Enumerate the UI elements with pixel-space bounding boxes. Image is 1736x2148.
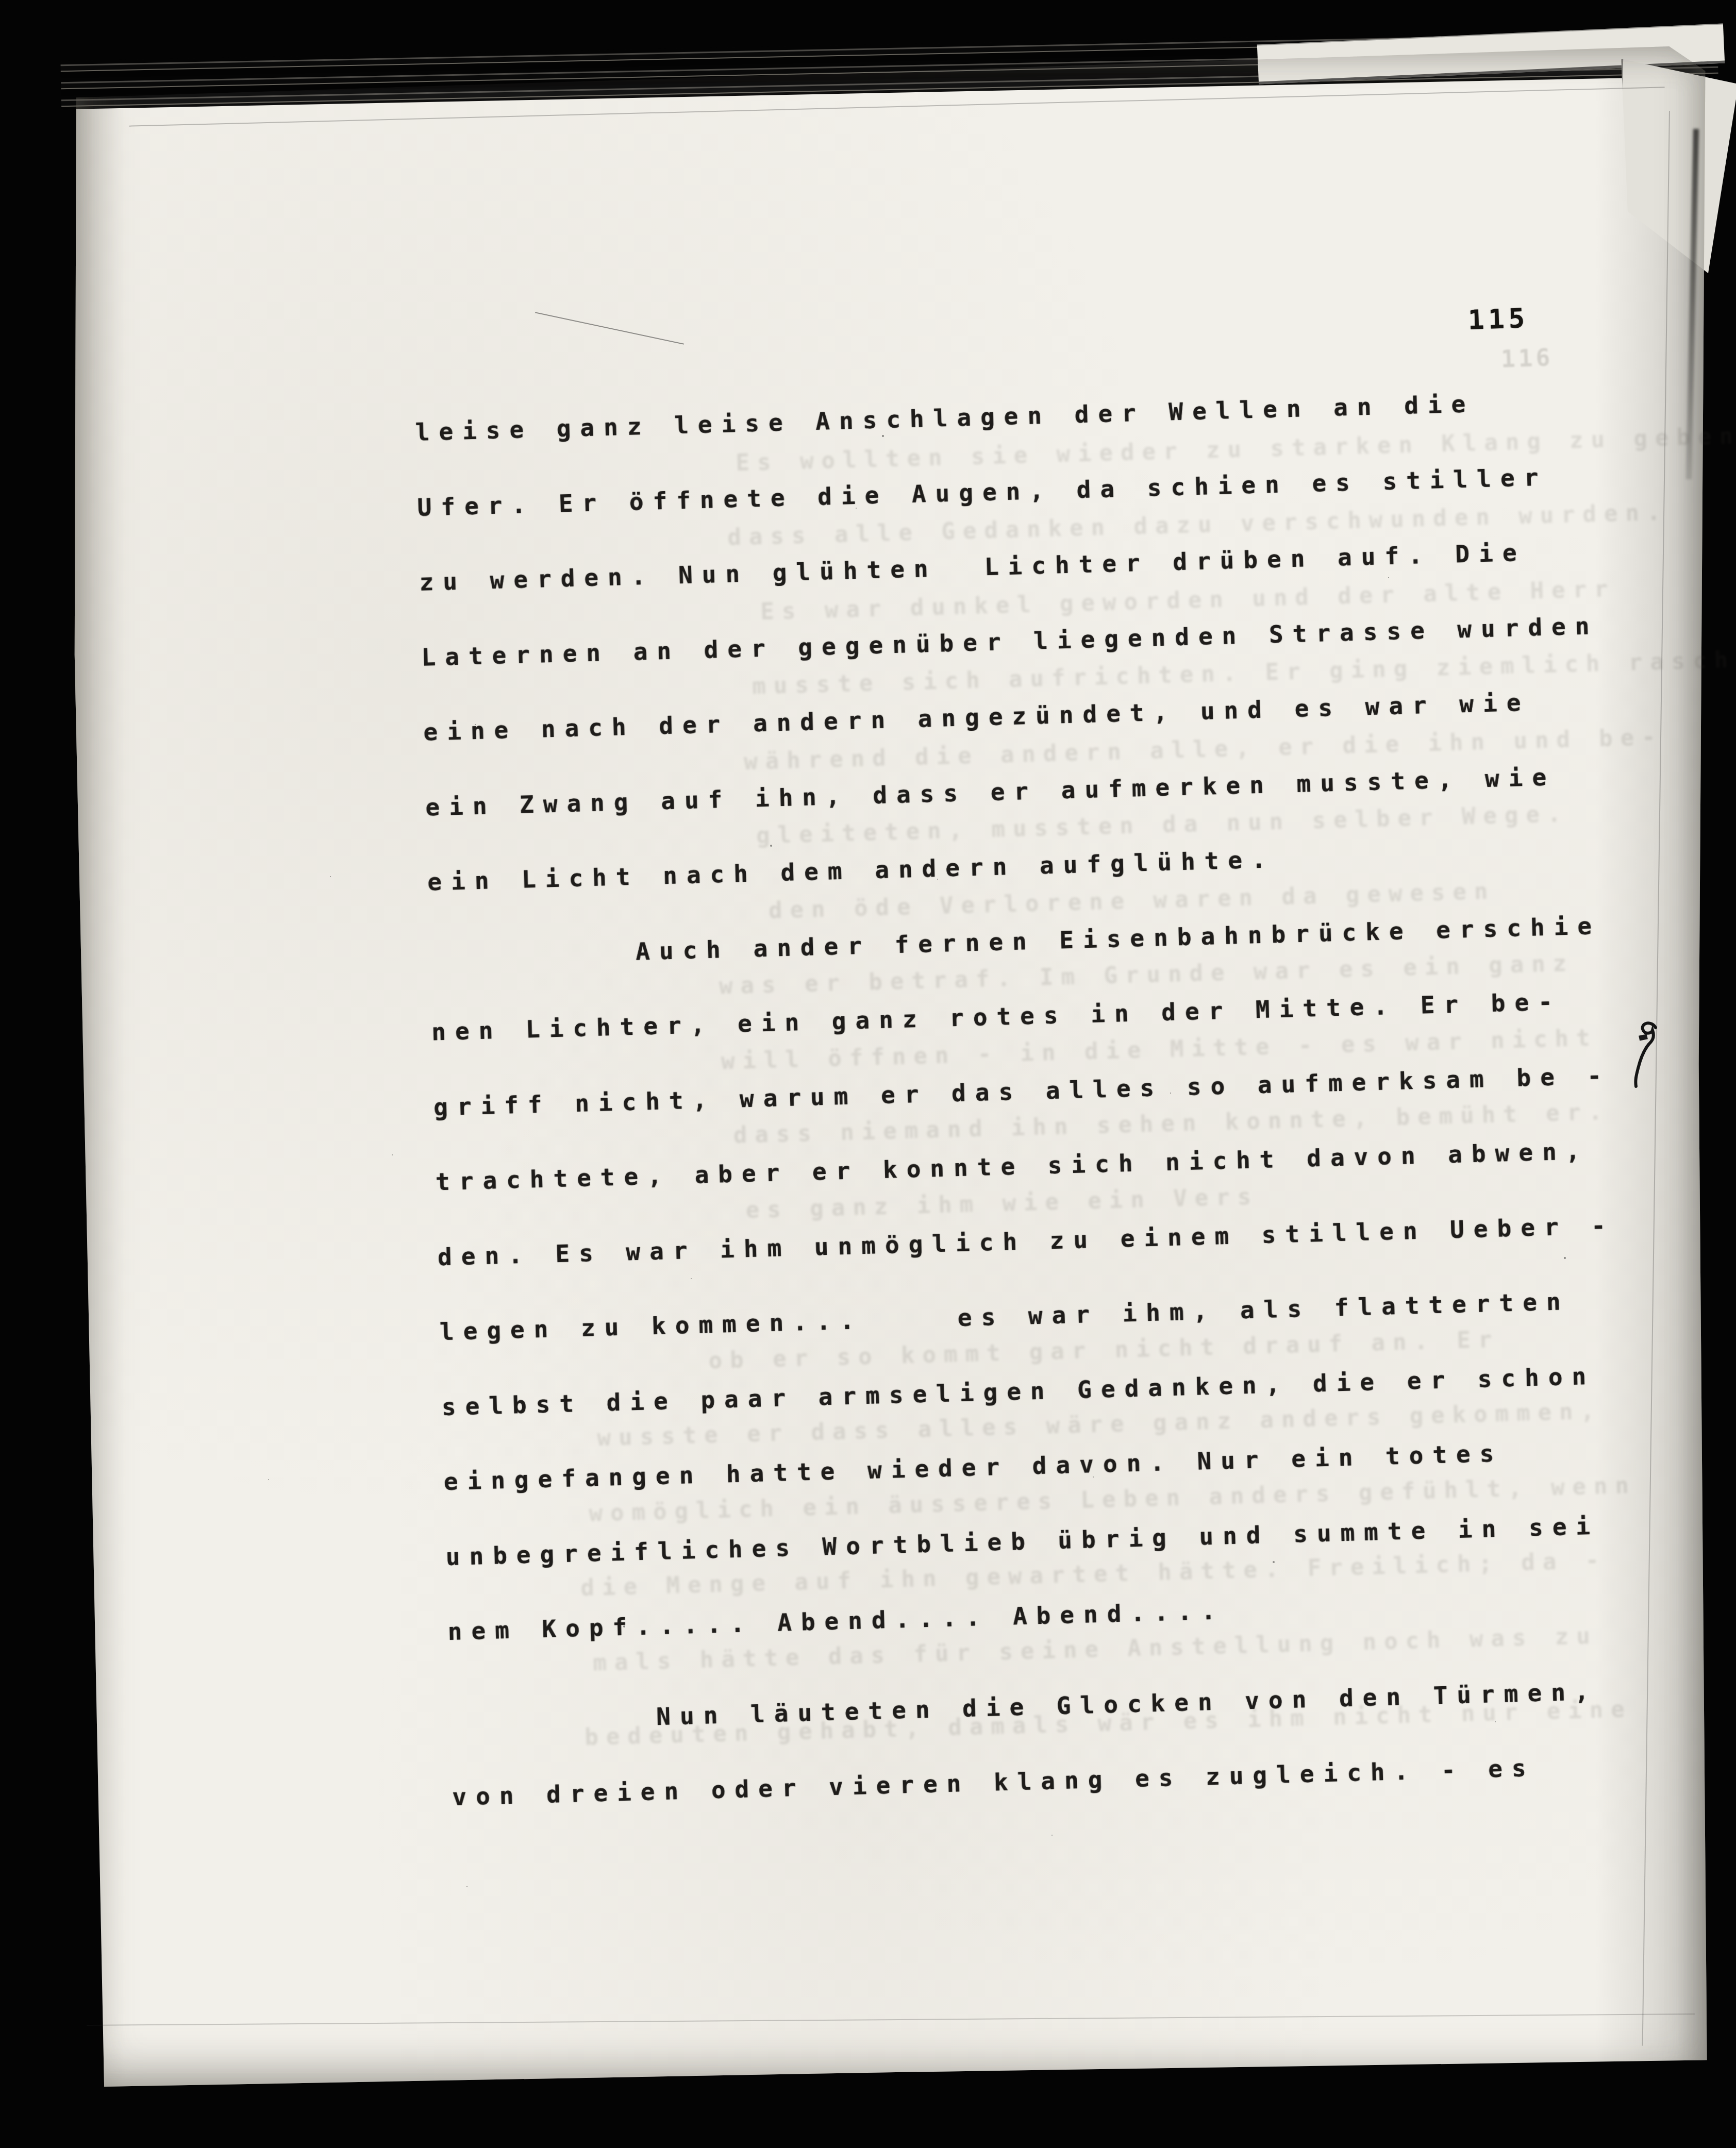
bleed-through-text-line: es ganz ihm wie ein Vers xyxy=(745,1183,1259,1223)
text-line: den. Es war ihm unmöglich zu einem still… xyxy=(437,1211,1615,1271)
scanned-document-canvas: 115 116 leise ganz leise Anschlagen der … xyxy=(0,0,1736,2148)
bleed-through-page-number: 116 xyxy=(1500,343,1554,373)
page-number: 115 xyxy=(1467,303,1529,336)
typewritten-text-block: leise ganz leise Anschlagen der Wellen a… xyxy=(415,382,1736,1912)
text-line: trachtete, aber er konnte sich nicht dav… xyxy=(435,1137,1590,1196)
text-line: von dreien oder vieren klang es zugleich… xyxy=(452,1754,1536,1811)
dust-speckles xyxy=(0,0,1,1)
ink-squiggle-mark xyxy=(1624,1020,1670,1110)
